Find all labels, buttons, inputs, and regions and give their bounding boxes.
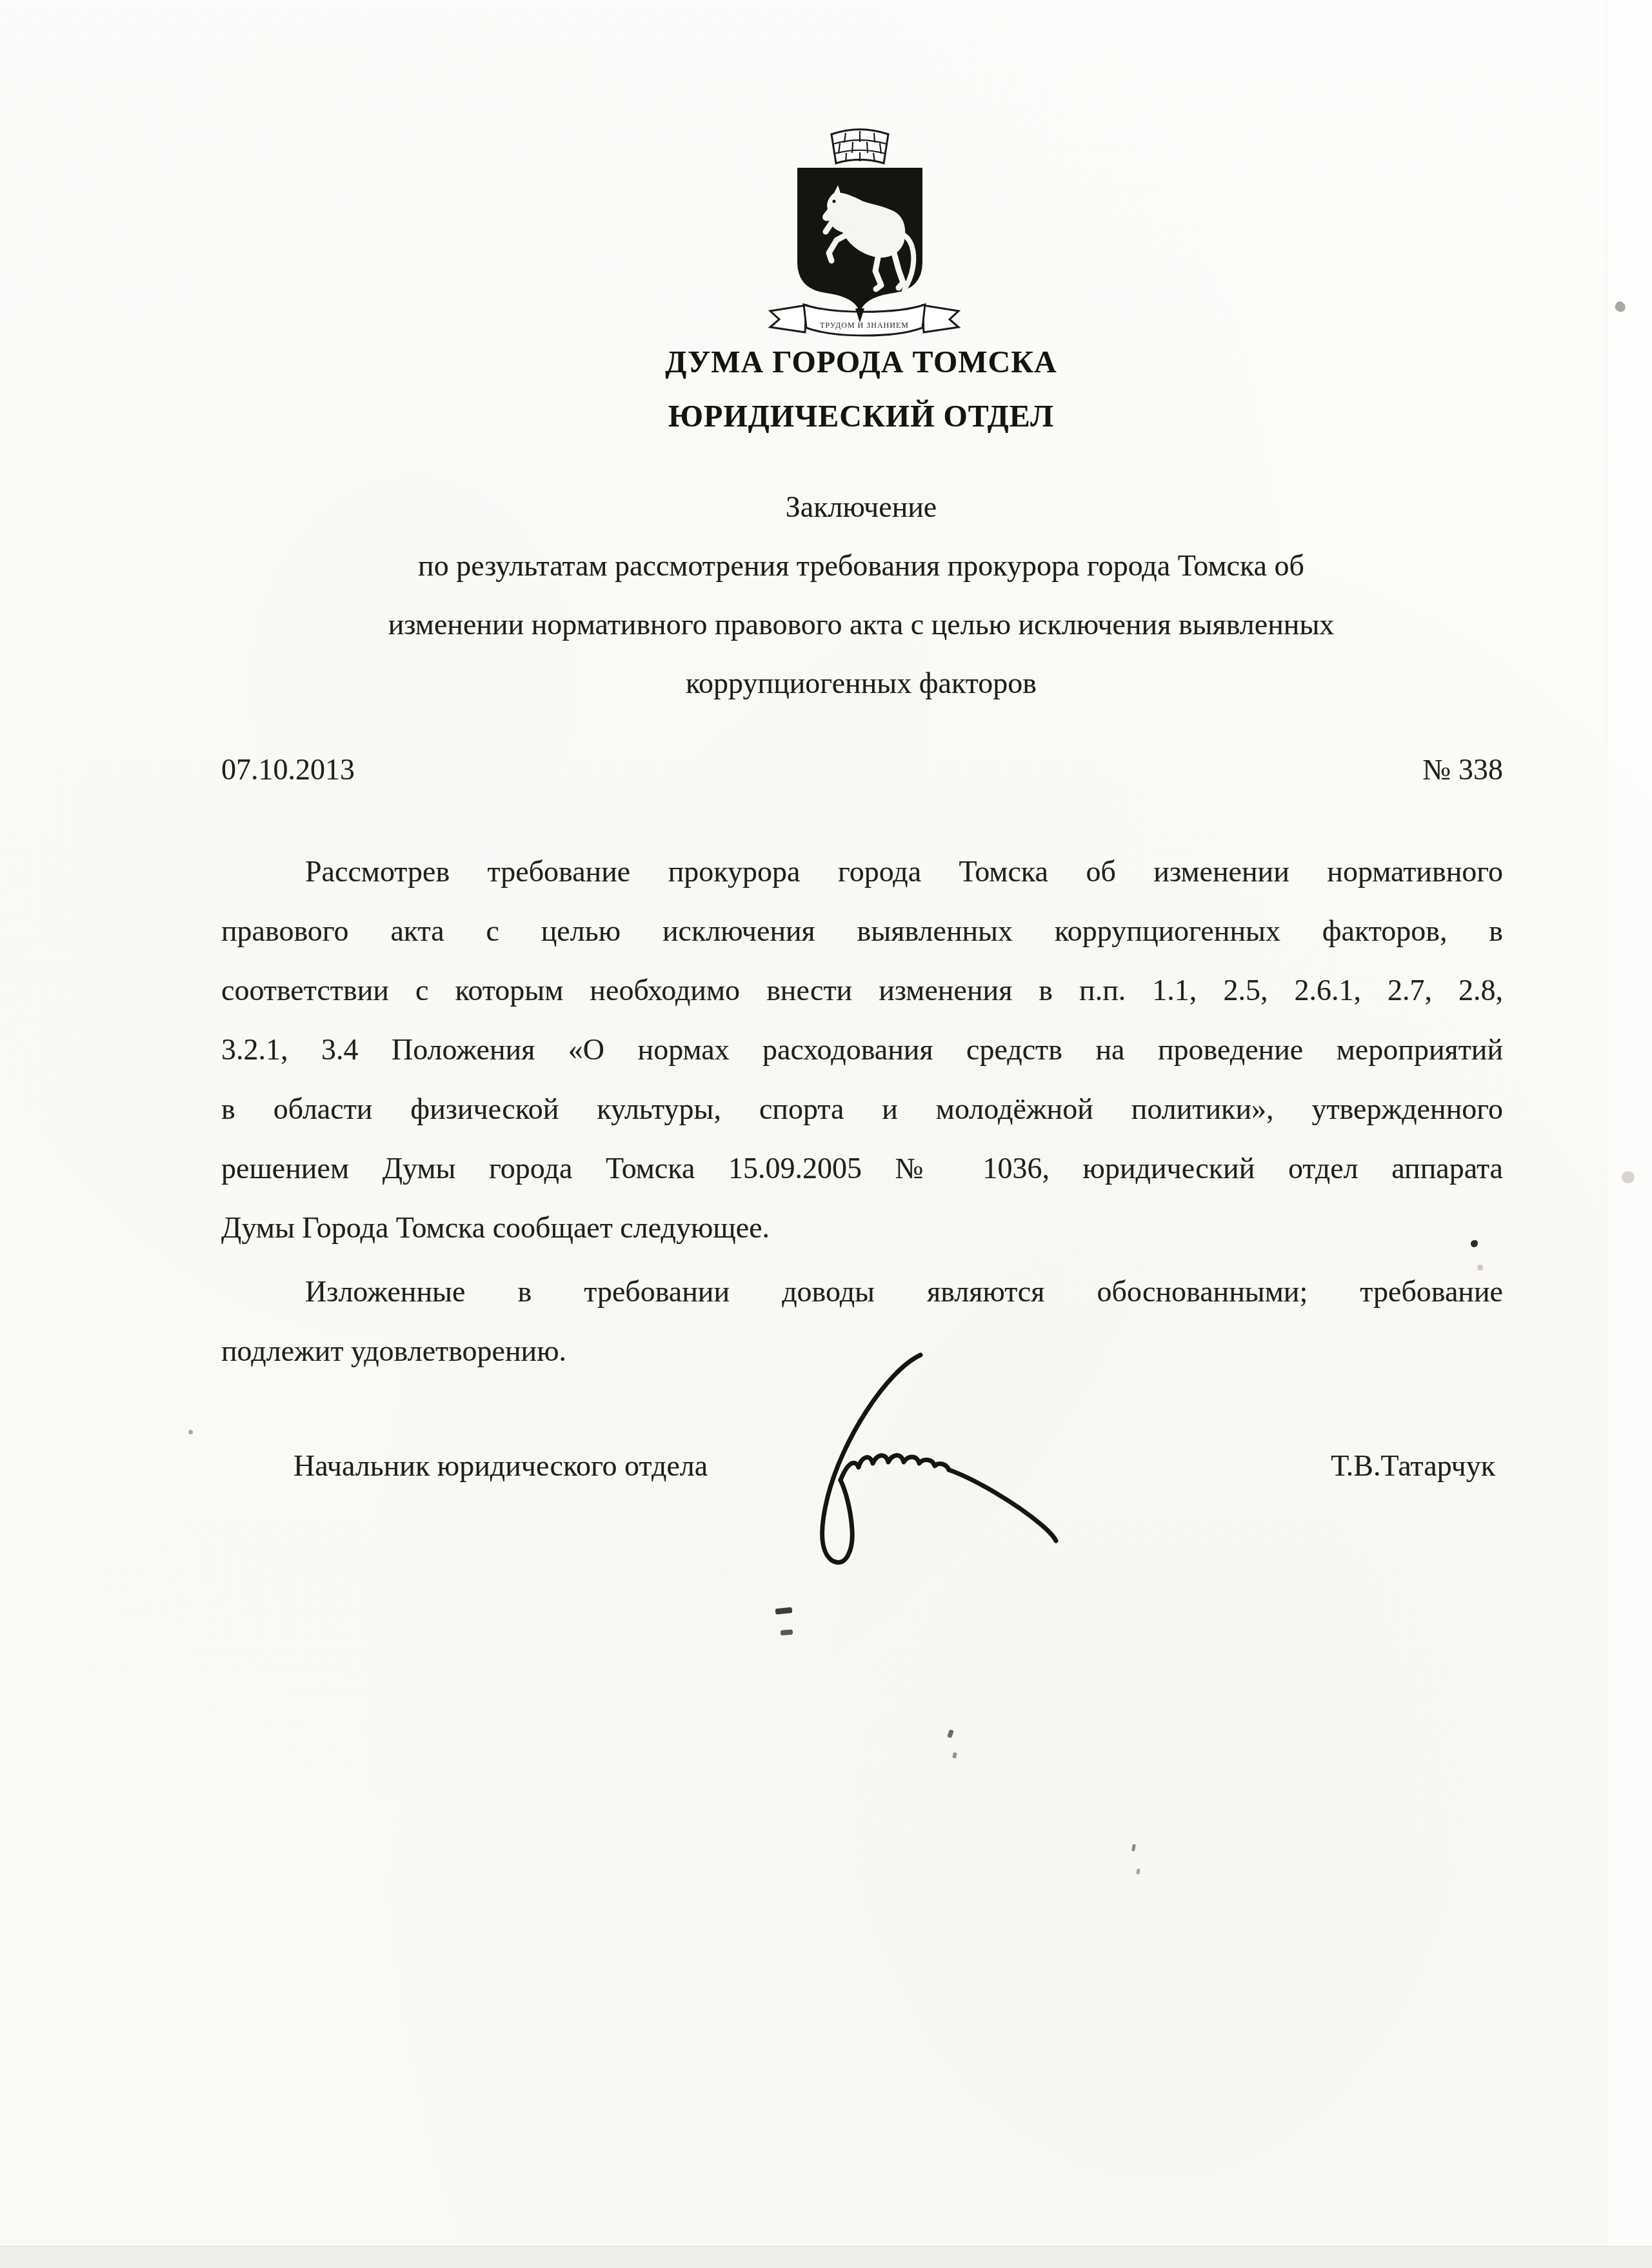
- horse-eye: [833, 200, 836, 203]
- scanned-document-page: ТРУДОМ И ЗНАНИЕМ ДУМА ГОРОДА ТОМСКА ЮРИД…: [0, 0, 1652, 2268]
- body-line: соответствии с которым необходимо внести…: [221, 961, 1503, 1020]
- body-line: Рассмотрев требование прокурора города Т…: [221, 842, 1503, 901]
- motto-text: ТРУДОМ И ЗНАНИЕМ: [820, 321, 909, 330]
- title-line: по результатам рассмотрения требования п…: [71, 536, 1651, 595]
- scan-speck: [1477, 1265, 1483, 1270]
- org-header: ДУМА ГОРОДА ТОМСКА ЮРИДИЧЕСКИЙ ОТДЕЛ: [71, 336, 1651, 444]
- body-paragraph-1: Рассмотрев требование прокурора города Т…: [221, 842, 1503, 1258]
- scan-speck: [775, 1607, 793, 1615]
- scan-edge-band: [0, 2246, 1652, 2268]
- title-line: коррупциогенных факторов: [71, 654, 1651, 712]
- body-line: решением Думы города Томска 15.09.2005 №…: [221, 1139, 1503, 1198]
- handwritten-signature: [745, 1337, 1119, 1595]
- body-line: в области физической культуры, спорта и …: [221, 1079, 1503, 1139]
- title-line: Заключение: [71, 477, 1651, 536]
- scan-edge-band: [1606, 0, 1652, 2268]
- title-line: изменении нормативного правового акта с …: [71, 595, 1651, 654]
- signer-position: Начальник юридического отдела: [294, 1448, 708, 1484]
- document-title: Заключение по результатам рассмотрения т…: [71, 477, 1651, 712]
- body-line: правового акта с целью исключения выявле…: [221, 901, 1503, 961]
- tomsk-coat-of-arms-icon: ТРУДОМ И ЗНАНИЕМ: [768, 126, 961, 339]
- document-date: 07.10.2013: [221, 752, 355, 788]
- motto-ribbon: [770, 305, 959, 336]
- body-line: Думы Города Томска сообщает следующее.: [221, 1198, 1503, 1258]
- scan-speck: [1131, 1844, 1136, 1852]
- scan-speck: [952, 1752, 957, 1758]
- org-name: ДУМА ГОРОДА ТОМСКА: [71, 336, 1651, 390]
- body-line: 3.2.1, 3.4 Положения «О нормах расходова…: [221, 1020, 1503, 1079]
- scan-speck: [1136, 1869, 1140, 1875]
- signer-name: Т.В.Татарчук: [1331, 1448, 1495, 1484]
- meta-row: 07.10.2013 № 338: [221, 752, 1503, 788]
- mural-crown-icon: [831, 130, 888, 164]
- department-name: ЮРИДИЧЕСКИЙ ОТДЕЛ: [71, 390, 1651, 444]
- scan-speck: [188, 1430, 193, 1434]
- document-number: № 338: [1423, 752, 1503, 788]
- body-line: Изложенные в требовании доводы являются …: [221, 1262, 1503, 1321]
- scan-speck: [947, 1729, 954, 1738]
- scan-speck: [781, 1629, 793, 1635]
